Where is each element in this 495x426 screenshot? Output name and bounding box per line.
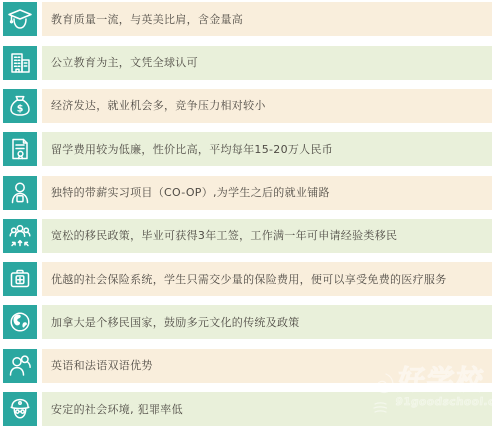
certificate-icon bbox=[3, 132, 37, 166]
buildings-icon bbox=[3, 46, 37, 80]
police-officer-icon bbox=[3, 392, 37, 426]
list-item-text: 独特的带薪实习项目（CO-OP）,为学生之后的就业铺路 bbox=[51, 187, 330, 198]
list-item: 教育质量一流，与英美比肩，含金量高 bbox=[0, 2, 495, 36]
list-item: 加拿大是个移民国家，鼓励多元文化的传统及政策 bbox=[0, 305, 495, 339]
list-item-text: 经济发达，就业机会多，竞争压力相对较小 bbox=[51, 100, 266, 111]
list-item: 英语和法语双语优势 bbox=[0, 349, 495, 383]
list-item-text: 加拿大是个移民国家，鼓励多元文化的传统及政策 bbox=[51, 317, 300, 328]
graduation-cap-icon bbox=[3, 2, 37, 36]
list-item-text: 安定的社会环境, 犯罪率低 bbox=[51, 404, 183, 415]
list-item-bar: 加拿大是个移民国家，鼓励多元文化的传统及政策 bbox=[42, 305, 492, 339]
money-bag-icon: $ bbox=[3, 89, 37, 123]
svg-text:$: $ bbox=[17, 104, 24, 115]
list-item-text: 优越的社会保险系统，学生只需交少量的保险费用，便可以享受免费的医疗服务 bbox=[51, 274, 447, 285]
list-item-bar: 经济发达，就业机会多，竞争压力相对较小 bbox=[42, 89, 492, 123]
list-item: 安定的社会环境, 犯罪率低 bbox=[0, 392, 495, 426]
list-item-text: 留学费用较为低廉，性价比高，平均每年15-20万人民币 bbox=[51, 144, 333, 155]
list-item-bar: 独特的带薪实习项目（CO-OP）,为学生之后的就业铺路 bbox=[42, 176, 492, 210]
advantages-list: 教育质量一流，与英美比肩，含金量高 公立教育为主，文凭全球认可 $ 经济发达，就… bbox=[0, 0, 495, 426]
immigration-group-icon bbox=[3, 219, 37, 253]
list-item: $ 经济发达，就业机会多，竞争压力相对较小 bbox=[0, 89, 495, 123]
list-item: 留学费用较为低廉，性价比高，平均每年15-20万人民币 bbox=[0, 132, 495, 166]
list-item-bar: 留学费用较为低廉，性价比高，平均每年15-20万人民币 bbox=[42, 132, 492, 166]
list-item: 宽松的移民政策，毕业可获得3年工签，工作满一年可申请经验类移民 bbox=[0, 219, 495, 253]
list-item: 独特的带薪实习项目（CO-OP）,为学生之后的就业铺路 bbox=[0, 176, 495, 210]
student-icon bbox=[3, 176, 37, 210]
list-item-bar: 宽松的移民政策，毕业可获得3年工签，工作满一年可申请经验类移民 bbox=[42, 219, 492, 253]
list-item-text: 宽松的移民政策，毕业可获得3年工签，工作满一年可申请经验类移民 bbox=[51, 230, 397, 241]
list-item-bar: 英语和法语双语优势 bbox=[42, 349, 492, 383]
list-item-bar: 教育质量一流，与英美比肩，含金量高 bbox=[42, 2, 492, 36]
globe-icon bbox=[3, 305, 37, 339]
list-item-bar: 公立教育为主，文凭全球认可 bbox=[42, 46, 492, 80]
two-people-icon bbox=[3, 349, 37, 383]
first-aid-kit-icon bbox=[3, 262, 37, 296]
list-item-text: 教育质量一流，与英美比肩，含金量高 bbox=[51, 14, 243, 25]
list-item-text: 英语和法语双语优势 bbox=[51, 360, 153, 371]
list-item: 公立教育为主，文凭全球认可 bbox=[0, 46, 495, 80]
list-item-bar: 安定的社会环境, 犯罪率低 bbox=[42, 392, 492, 426]
list-item-text: 公立教育为主，文凭全球认可 bbox=[51, 57, 198, 68]
list-item-bar: 优越的社会保险系统，学生只需交少量的保险费用，便可以享受免费的医疗服务 bbox=[42, 262, 492, 296]
list-item: 优越的社会保险系统，学生只需交少量的保险费用，便可以享受免费的医疗服务 bbox=[0, 262, 495, 296]
